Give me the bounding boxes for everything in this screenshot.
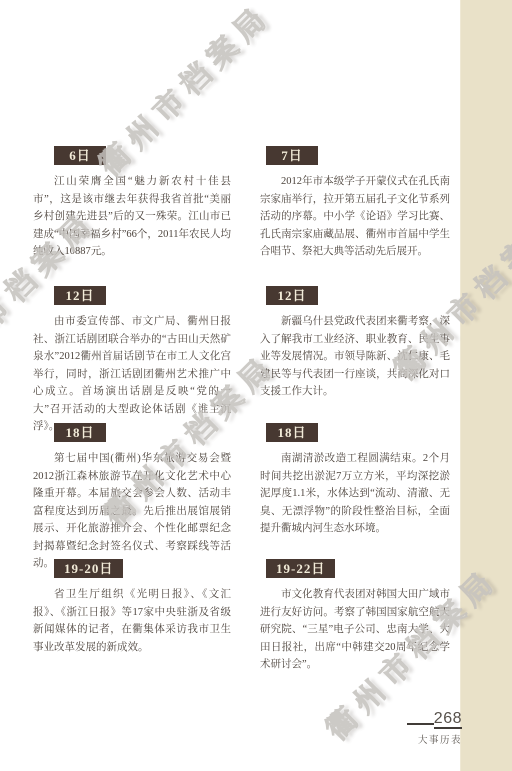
date-label: 6日 [69, 148, 91, 163]
page-footer: 268 大事历表 [407, 711, 462, 746]
entry-paragraph: 2012年市本级学子开蒙仪式在孔氏南宗家庙举行，拉开第五届孔子文化节系列活动的序… [260, 173, 450, 261]
page-number-row: 268 [407, 711, 462, 729]
entry-left-day18: 18日 第七届中国(衢州)华东旅游交易会暨2012浙江森林旅游节在开化文化艺术中… [33, 423, 231, 573]
page-number: 268 [434, 711, 462, 729]
entry-left-day6: 6日 江山荣膺全国“魅力新农村十佳县市”，这是该市继去年获得我省首批“美丽乡村创… [33, 146, 231, 261]
date-header-box: 18日 [266, 423, 318, 442]
entry-paragraph: 南湖清淤改造工程圆满结束。2个月时间共挖出淤泥7万立方米，平均深挖淤泥厚度1.1… [260, 450, 450, 538]
entry-left-day12: 12日 由市委宣传部、市文广局、衢州日报社、浙江话剧团联合举办的“古田山天然矿泉… [33, 286, 231, 436]
entry-paragraph: 由市委宣传部、市文广局、衢州日报社、浙江话剧团联合举办的“古田山天然矿泉水”20… [33, 313, 231, 436]
entry-right-day19-22: 19-22日 市文化教育代表团对韩国大田广域市进行友好访问。考察了韩国国家航空航… [260, 559, 450, 674]
date-label: 12日 [277, 288, 306, 303]
entry-right-day12: 12日 新疆乌什县党政代表团来衢考察，深入了解我市工业经济、职业教育、民生事业等… [260, 286, 450, 401]
date-header-box: 19-22日 [266, 559, 335, 578]
date-label: 19-20日 [64, 561, 113, 576]
date-header-box: 7日 [266, 146, 318, 165]
entry-paragraph: 新疆乌什县党政代表团来衢考察，深入了解我市工业经济、职业教育、民生事业等发展情况… [260, 313, 450, 401]
page-edge-strip [460, 0, 512, 771]
date-header-box: 6日 [54, 146, 106, 165]
date-header-box: 12日 [266, 286, 318, 305]
date-label: 18日 [277, 425, 306, 440]
date-header-box: 12日 [54, 286, 106, 305]
entry-paragraph: 江山荣膺全国“魅力新农村十佳县市”，这是该市继去年获得我省首批“美丽乡村创建先进… [33, 173, 231, 261]
document-page: 衢州市档案局 衢州市档案局 衢州市档案局 衢州市档案局 衢州市档案局 6日 江山… [0, 0, 512, 771]
entry-right-day18: 18日 南湖清淤改造工程圆满结束。2个月时间共挖出淤泥7万立方米，平均深挖淤泥厚… [260, 423, 450, 538]
entry-paragraph: 省卫生厅组织《光明日报》、《文汇报》、《浙江日报》等17家中央驻浙及省级新闻媒体… [33, 586, 231, 656]
date-label: 12日 [65, 288, 94, 303]
section-label: 大事历表 [407, 732, 462, 746]
date-header-box: 19-20日 [54, 559, 123, 578]
date-label: 7日 [281, 148, 303, 163]
date-label: 19-22日 [276, 561, 325, 576]
entry-paragraph: 市文化教育代表团对韩国大田广域市进行友好访问。考察了韩国国家航空航天研究院、“三… [260, 586, 450, 674]
entry-left-day19-20: 19-20日 省卫生厅组织《光明日报》、《文汇报》、《浙江日报》等17家中央驻浙… [33, 559, 231, 656]
date-header-box: 18日 [54, 423, 106, 442]
footer-rule [407, 723, 434, 725]
entry-right-day7: 7日 2012年市本级学子开蒙仪式在孔氏南宗家庙举行，拉开第五届孔子文化节系列活… [260, 146, 450, 261]
date-label: 18日 [65, 425, 94, 440]
entry-paragraph: 第七届中国(衢州)华东旅游交易会暨2012浙江森林旅游节在开化文化艺术中心隆重开… [33, 450, 231, 573]
